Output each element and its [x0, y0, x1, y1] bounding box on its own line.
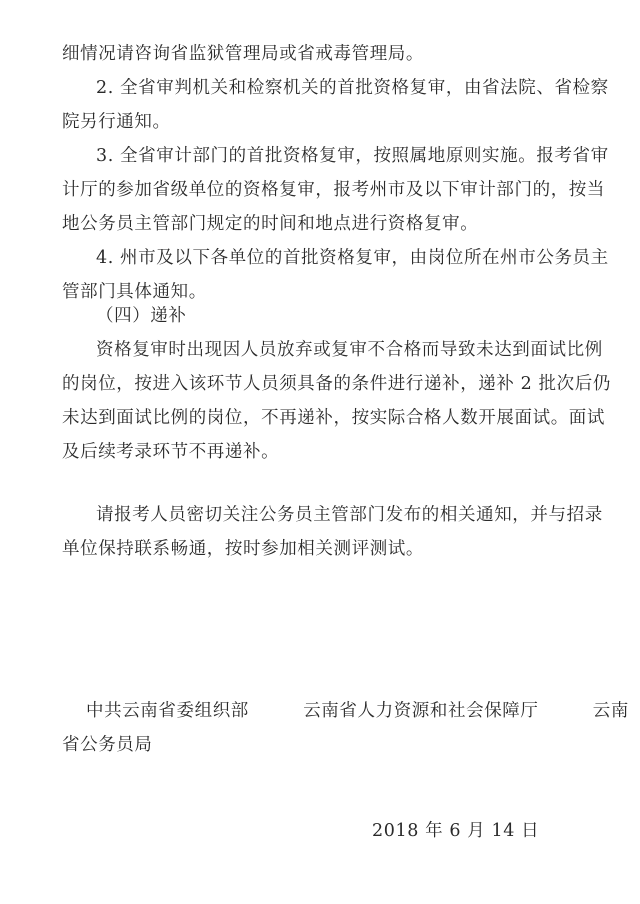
- body-text-line: 3. 全省审计部门的首批资格复审，按照属地原则实施。报考省审: [96, 146, 609, 166]
- body-text-line: 2. 全省审判机关和检察机关的首批资格复审，由省法院、省检察: [96, 78, 609, 98]
- body-text-line: 计厅的参加省级单位的资格复审，报考州市及以下审计部门的，按当: [62, 180, 605, 200]
- body-text-line: 地公务员主管部门规定的时间和地点进行资格复审。: [62, 214, 478, 234]
- body-text-line: （四）递补: [96, 306, 187, 326]
- body-text-line: 院另行通知。: [62, 112, 171, 132]
- body-text-line: 的岗位，按进入该环节人员须具备的条件进行递补，递补 2 批次后仍: [62, 374, 611, 394]
- body-text-line: 管部门具体通知。: [62, 282, 207, 302]
- body-text-line: 4. 州市及以下各单位的首批资格复审，由岗位所在州市公务员主: [96, 248, 609, 268]
- body-text-line: 单位保持联系畅通，按时参加相关测评测试。: [62, 539, 424, 559]
- signature-line-2: 省公务员局: [62, 735, 153, 755]
- document-date: 2018 年 6 月 14 日: [372, 821, 539, 841]
- body-text-line: 请报考人员密切关注公务员主管部门发布的相关通知，并与招录: [96, 505, 603, 525]
- body-text-line: 资格复审时出现因人员放弃或复审不合格而导致未达到面试比例: [96, 340, 603, 360]
- body-text-line: 未达到面试比例的岗位，不再递补，按实际合格人数开展面试。面试: [62, 408, 605, 428]
- body-text-line: 及后续考录环节不再递补。: [62, 442, 279, 462]
- body-text-line: 细情况请咨询省监狱管理局或省戒毒管理局。: [62, 44, 424, 64]
- signature-line-1: 中共云南省委组织部 云南省人力资源和社会保障厅 云南: [86, 701, 629, 721]
